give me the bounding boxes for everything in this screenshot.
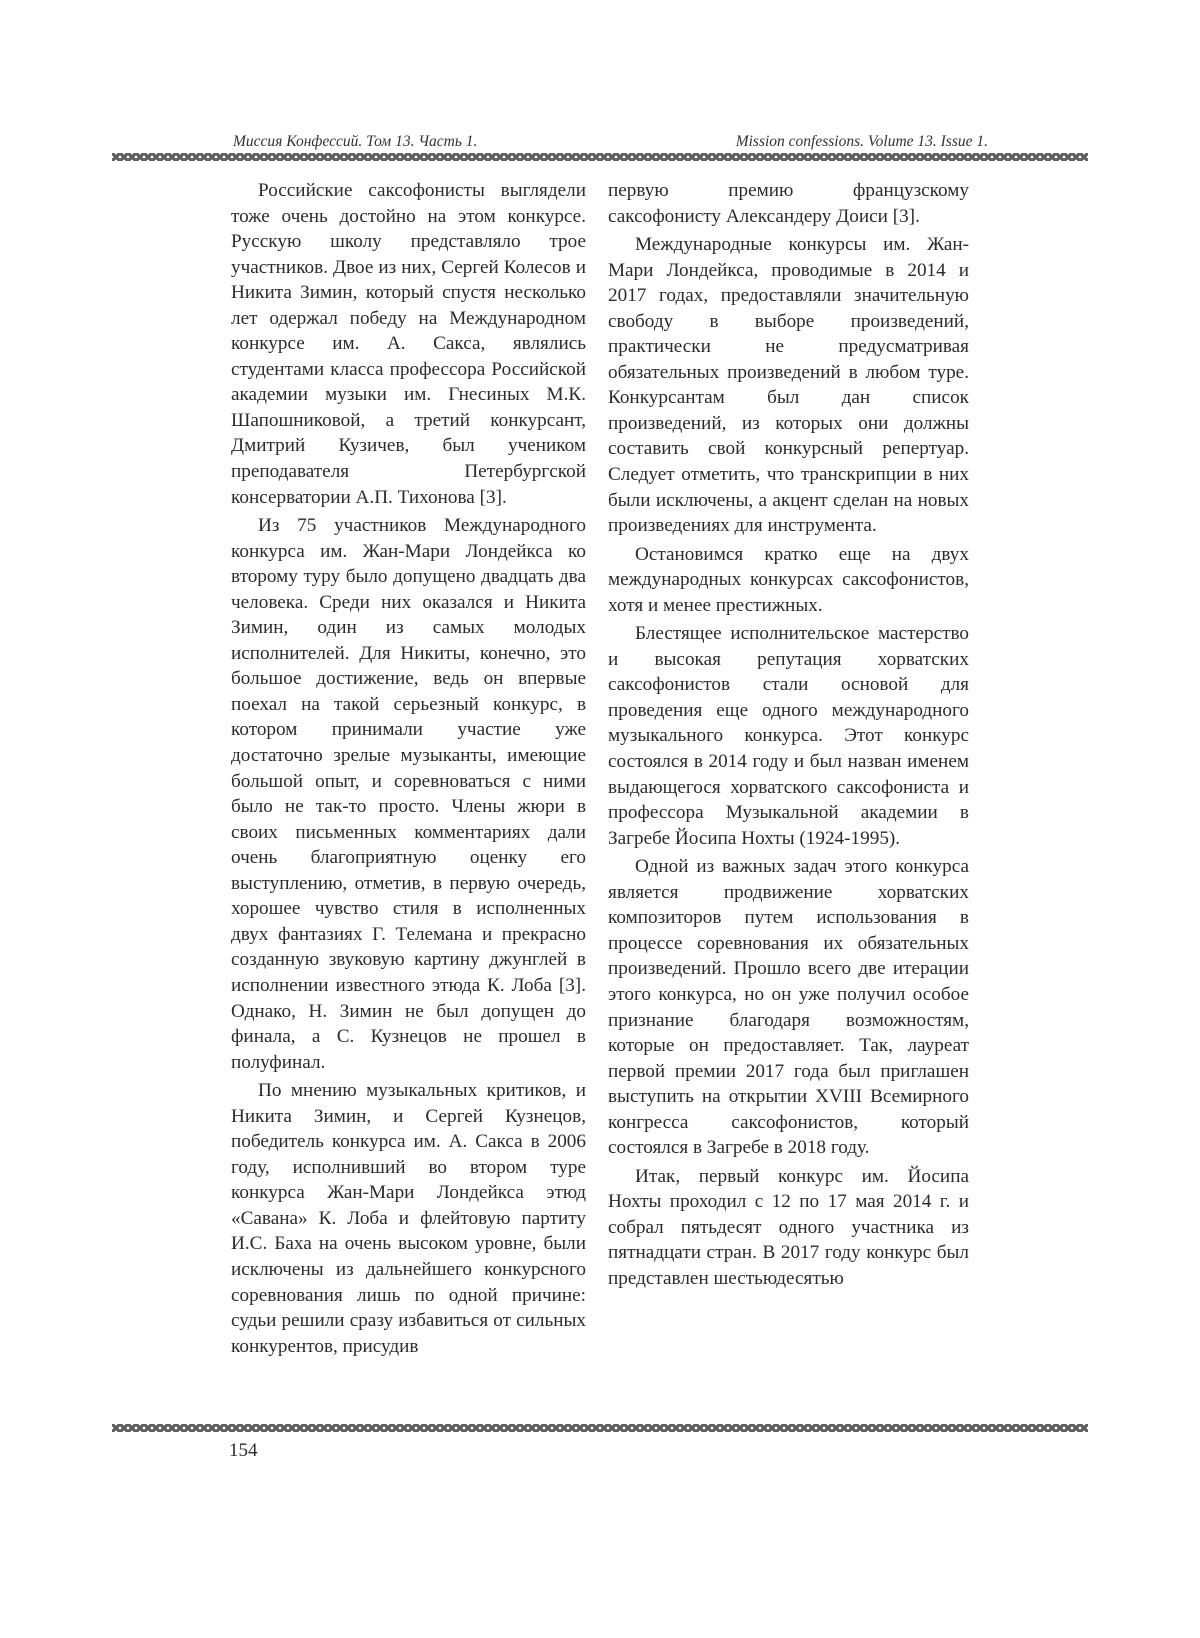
paragraph: Российские саксофонисты выглядели тоже о… <box>231 178 586 510</box>
paragraph: Блестящее исполнительское мастерство и в… <box>608 621 969 851</box>
paragraph: Остановимся кратко еще на двух междунаро… <box>608 542 969 619</box>
page-number: 154 <box>229 1440 258 1462</box>
paragraph: По мнению музыкальных критиков, и Никита… <box>231 1078 586 1359</box>
paragraph: Итак, первый конкурс им. Йосипа Нохты пр… <box>608 1164 969 1292</box>
left-text-column: Российские саксофонисты выглядели тоже о… <box>231 178 586 1362</box>
footer-ornament-divider <box>112 1424 1088 1432</box>
paragraph-continuation: первую премию французскому саксофонисту … <box>608 178 969 229</box>
paragraph: Международные конкурсы им. Жан-Мари Лонд… <box>608 232 969 539</box>
header-ornament-divider <box>112 153 1088 161</box>
running-head-right: Mission confessions. Volume 13. Issue 1. <box>736 133 988 151</box>
paragraph: Одной из важных задач этого конкурса явл… <box>608 854 969 1161</box>
paragraph: Из 75 участников Международного конкурса… <box>231 513 586 1075</box>
running-head-left: Миссия Конфессий. Том 13. Часть 1. <box>233 133 477 151</box>
right-text-column: первую премию французскому саксофонисту … <box>608 178 969 1295</box>
